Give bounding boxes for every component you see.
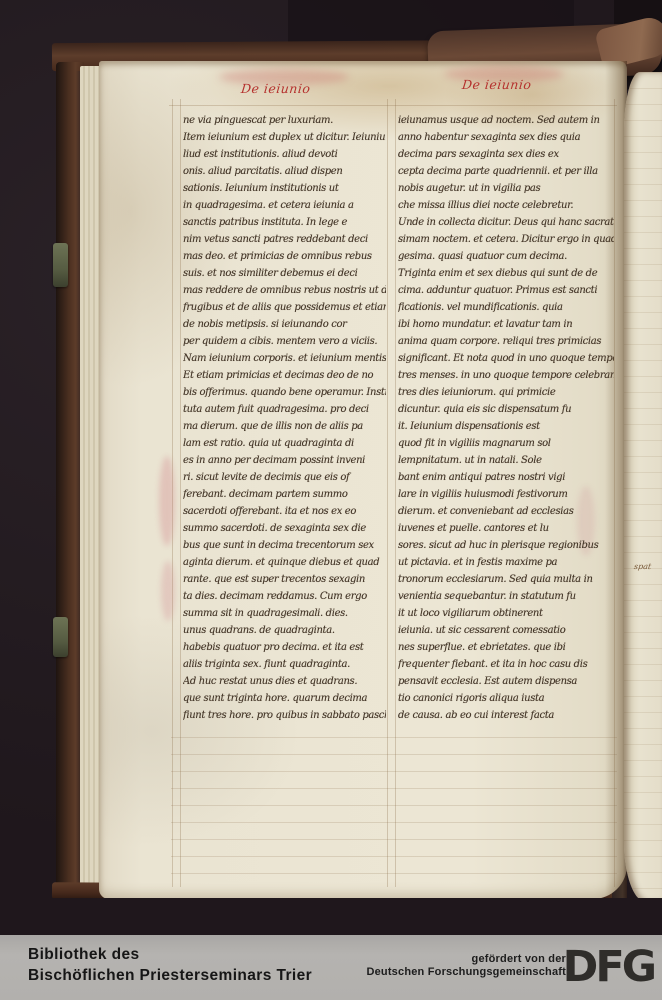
manuscript-line: Triginta enim et sex diebus qui sunt de …: [398, 265, 614, 282]
photo-area: De ieiunio De ieiunio ne via pinguescat …: [0, 0, 662, 935]
text-column-left: ne via pinguescat per luxuriam.Item ieiu…: [183, 112, 386, 724]
manuscript-line: ferebant. decimam partem summo: [183, 486, 386, 503]
manuscript-line: sanctis patribus instituta. In lege e: [183, 214, 386, 231]
manuscript-line: lare in vigiliis huiusmodi festivorum: [398, 486, 614, 503]
manuscript-line: bant enim antiqui patres nostri vigi: [398, 469, 614, 486]
manuscript-line: Unde in collecta dicitur. Deus qui hanc …: [398, 214, 614, 231]
library-caption-line1: Bibliothek des: [28, 944, 312, 965]
marginal-note: spat: [633, 562, 651, 571]
digitized-manuscript-scan: De ieiunio De ieiunio ne via pinguescat …: [0, 0, 662, 1000]
ruling-lines-below-text: [171, 737, 617, 887]
metal-clasp-fitting-lower: [53, 617, 68, 657]
manuscript-line: Ad huc restat unus dies et quadrans.: [183, 673, 386, 690]
manuscript-line: in quadragesima. et cetera ieiunia a: [183, 197, 386, 214]
rubric-header-left: De ieiunio: [240, 82, 311, 96]
manuscript-line: tres menses. in uno quoque tempore celeb…: [398, 367, 614, 384]
manuscript-line: rante. que est super trecentos sexagin: [183, 571, 386, 588]
manuscript-line: ficationis. vel mundificationis. quia: [398, 299, 614, 316]
manuscript-line: ma dierum. que de illis non de aliis pa: [183, 418, 386, 435]
manuscript-line: summa sit in quadragesimali. dies.: [183, 605, 386, 622]
manuscript-line: che missa illius diei nocte celebretur.: [398, 197, 614, 214]
manuscript-page: De ieiunio De ieiunio ne via pinguescat …: [99, 61, 627, 899]
manuscript-line: per quidem a cibis. mentem vero a viciis…: [183, 333, 386, 350]
manuscript-line: tuta autem fuit quadragesima. pro deci: [183, 401, 386, 418]
manuscript-line: bus que sunt in decima trecentorum sex: [183, 537, 386, 554]
manuscript-line: suis. et nos similiter debemus ei deci: [183, 265, 386, 282]
manuscript-line: ut pictavia. et in festis maxime pa: [398, 554, 614, 571]
caption-bar: Bibliothek des Bischöflichen Priestersem…: [0, 935, 662, 1000]
manuscript-line: mas deo. et primicias de omnibus rebus: [183, 248, 386, 265]
ruling-line-horizontal: [169, 105, 617, 106]
rubric-header-right: De ieiunio: [461, 78, 532, 92]
manuscript-line: sationis. Ieiunium institutionis ut: [183, 180, 386, 197]
manuscript-line: de causa. ab eo cui interest facta: [398, 707, 614, 724]
manuscript-line: sores. sicut ad huc in plerisque regioni…: [398, 537, 614, 554]
manuscript-line: ibi homo mundatur. et lavatur tam in: [398, 316, 614, 333]
dfg-logo: DFG: [563, 938, 654, 996]
manuscript-line: anima quam corpore. reliqui tres primici…: [398, 333, 614, 350]
pink-stain: [161, 561, 175, 621]
manuscript-line: de nobis metipsis. si ieiunando cor: [183, 316, 386, 333]
text-column-right: ieiunamus usque ad noctem. Sed autem ina…: [398, 112, 614, 724]
library-caption: Bibliothek des Bischöflichen Priestersem…: [28, 944, 312, 986]
manuscript-line: tres dies ieiuniorum. qui primicie: [398, 384, 614, 401]
manuscript-line: iuvenes et puelle. cantores et lu: [398, 520, 614, 537]
manuscript-line: ne via pinguescat per luxuriam.: [183, 112, 386, 129]
funding-caption-line2: Deutschen Forschungsgemeinschaft: [366, 966, 566, 979]
manuscript-line: lam est ratio. quia ut quadraginta di: [183, 435, 386, 452]
manuscript-line: nobis augetur. ut in vigilia pas: [398, 180, 614, 197]
manuscript-line: quod fit in vigiliis magnarum sol: [398, 435, 614, 452]
manuscript-line: decima pars sexaginta sex dies ex: [398, 146, 614, 163]
manuscript-line: simam noctem. et cetera. Dicitur ergo in…: [398, 231, 614, 248]
manuscript-line: bis offerimus. quando bene operamur. Ins…: [183, 384, 386, 401]
manuscript-line: ta dies. decimam reddamus. Cum ergo: [183, 588, 386, 605]
manuscript-line: nes superflue. et ebrietates. que ibi: [398, 639, 614, 656]
manuscript-line: tio canonici rigoris aliqua iusta: [398, 690, 614, 707]
metal-clasp-fitting-upper: [53, 243, 68, 287]
funding-caption: gefördert von der Deutschen Forschungsge…: [366, 953, 566, 979]
pink-stain: [159, 456, 175, 546]
photo-bottom-shadow: [0, 898, 662, 935]
manuscript-line: dicuntur. quia eis sic dispensatum fu: [398, 401, 614, 418]
manuscript-line: aliis triginta sex. fiunt quadraginta.: [183, 656, 386, 673]
manuscript-line: habebis quatuor pro decima. et ita est: [183, 639, 386, 656]
manuscript-line: liud est institutionis. aliud devoti: [183, 146, 386, 163]
manuscript-line: summo sacerdoti. de sexaginta sex die: [183, 520, 386, 537]
manuscript-line: gesima. quasi quatuor cum decima.: [398, 248, 614, 265]
manuscript-line: significant. Et nota quod in uno quoque …: [398, 350, 614, 367]
manuscript-line: fiunt tres hore. pro quibus in sabbato p…: [183, 707, 386, 724]
manuscript-line: nim vetus sancti patres reddebant deci: [183, 231, 386, 248]
manuscript-line: Nam ieiunium corporis. et ieiunium menti…: [183, 350, 386, 367]
manuscript-line: lempnitatum. ut in natali. Sole: [398, 452, 614, 469]
manuscript-line: it ut loco vigiliarum obtinerent: [398, 605, 614, 622]
manuscript-line: Et etiam primicias et decimas deo de no: [183, 367, 386, 384]
manuscript-line: mas reddere de omnibus rebus nostris ut …: [183, 282, 386, 299]
manuscript-line: ieiunia. ut sic cessarent comessatio: [398, 622, 614, 639]
manuscript-line: frugibus et de aliis que possidemus et e…: [183, 299, 386, 316]
manuscript-line: cepta decima parte quadriennii. et per i…: [398, 163, 614, 180]
manuscript-line: frequenter fiebant. et ita in hoc casu d…: [398, 656, 614, 673]
manuscript-line: pensavit ecclesia. Est autem dispensa: [398, 673, 614, 690]
manuscript-line: tronorum ecclesiarum. Sed quia multa in: [398, 571, 614, 588]
funding-caption-line1: gefördert von der: [366, 953, 566, 966]
manuscript-line: ri. sicut levite de decimis que eis of: [183, 469, 386, 486]
manuscript-line: es in anno per decimam possint inveni: [183, 452, 386, 469]
manuscript-line: unus quadrans. de quadraginta.: [183, 622, 386, 639]
facing-page-edge: spat: [624, 72, 662, 902]
manuscript-line: cima. adduntur quatuor. Primus est sanct…: [398, 282, 614, 299]
manuscript-line: anno habentur sexaginta sex dies quia: [398, 129, 614, 146]
library-caption-line2: Bischöflichen Priesterseminars Trier: [28, 965, 312, 986]
manuscript-line: aginta dierum. et quinque diebus et quad: [183, 554, 386, 571]
manuscript-line: Item ieiunium est duplex ut dicitur. Iei…: [183, 129, 386, 146]
manuscript-line: venientia sequebantur. in statutum fu: [398, 588, 614, 605]
manuscript-line: que sunt triginta hore. quarum decima: [183, 690, 386, 707]
manuscript-line: ieiunamus usque ad noctem. Sed autem in: [398, 112, 614, 129]
manuscript-line: sacerdoti offerebant. ita et nos ex eo: [183, 503, 386, 520]
manuscript-line: dierum. et conveniebant ad ecclesias: [398, 503, 614, 520]
manuscript-line: it. Ieiunium dispensationis est: [398, 418, 614, 435]
manuscript-line: onis. aliud parcitatis. aliud dispen: [183, 163, 386, 180]
